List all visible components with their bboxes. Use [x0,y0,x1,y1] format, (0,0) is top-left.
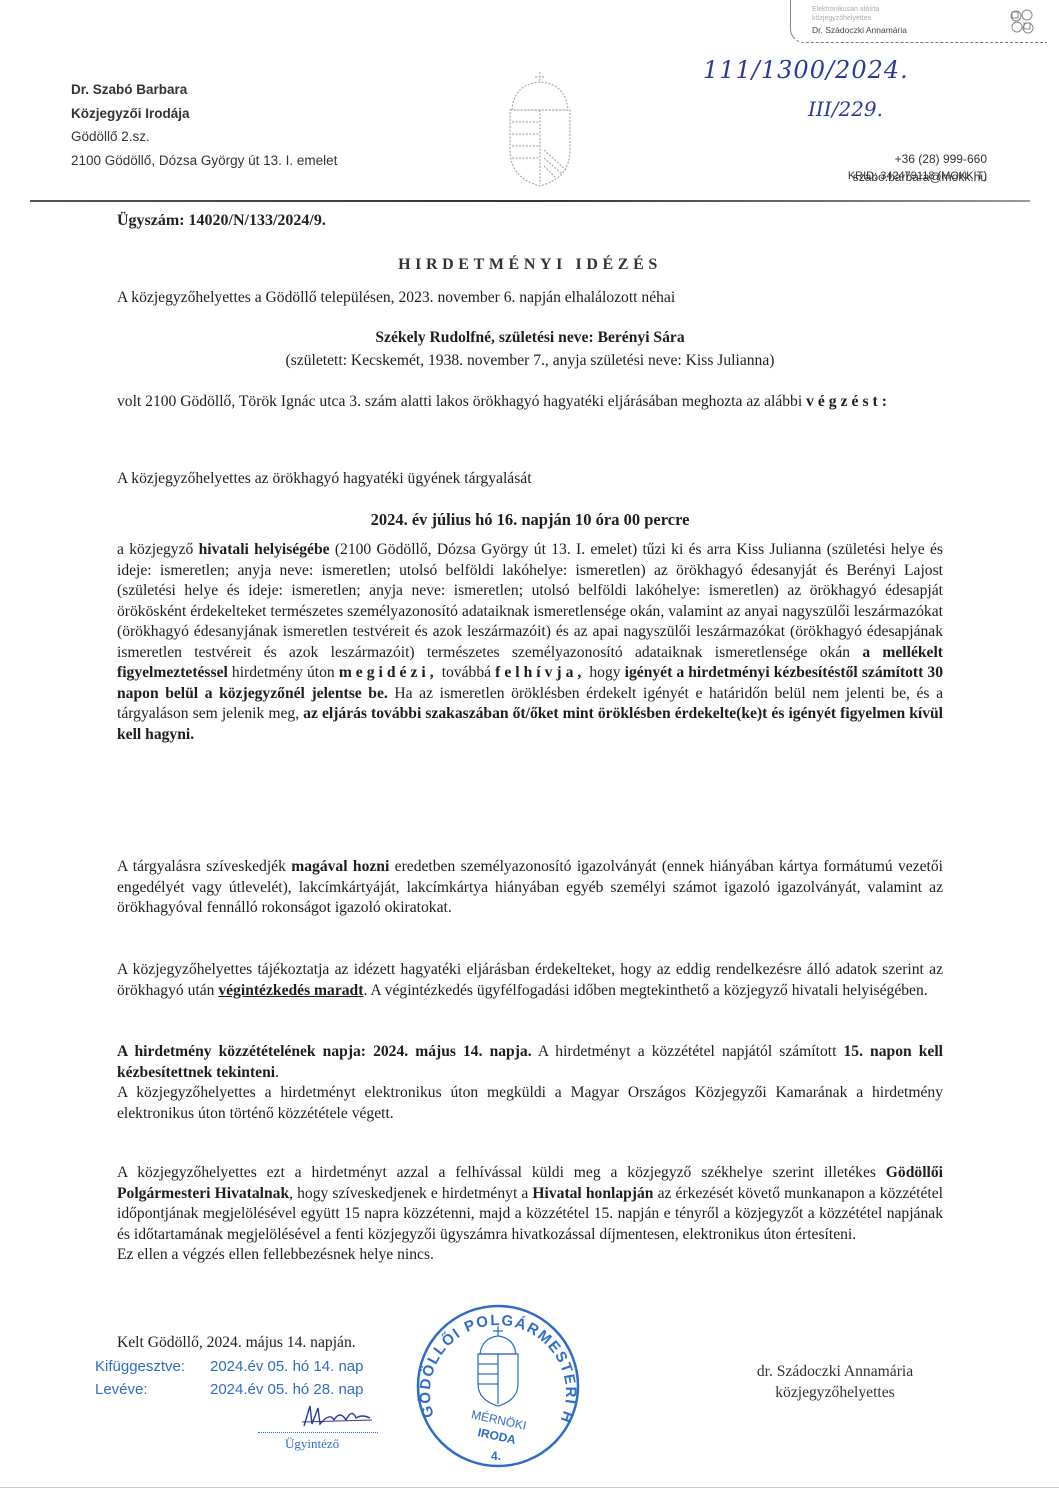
page-bottom-edge [0,1487,1059,1488]
summons-paragraph: a közjegyző hivatali helyiségébe (2100 G… [117,540,943,745]
publication-paragraph: A hirdetmény közzétételének napja: 2024.… [117,1042,943,1124]
svg-text:GÖDÖLLŐI POLGÁRMESTERI HIVATAL: GÖDÖLLŐI POLGÁRMESTERI HIVATAL [412,1296,579,1426]
notary-phone: +36 (28) 999-660 [895,150,987,168]
intro-paragraph: A közjegyzőhelyettes a Gödöllő település… [117,288,943,309]
documents-paragraph: A tárgyalásra szíveskedjék magával hozni… [117,857,943,919]
clerk-label: Ügyintéző [285,1436,339,1452]
clerk-signature-line [258,1432,378,1433]
deceased-block: Székely Rudolfné, születési neve: Berény… [117,328,943,371]
krid-id: KRID: 342479118 (MOKKIT) [848,170,987,182]
posted-date: 2024.év 05. hó 14. nap [210,1358,363,1375]
hearing-datetime: 2024. év július hó 16. napján 10 óra 00 … [117,510,943,531]
residence-paragraph: volt 2100 Gödöllő, Török Ignác utca 3. s… [117,392,943,413]
svg-text:4.: 4. [491,1449,501,1463]
header-divider [30,200,1030,202]
esignature-line-2: közjegyzőhelyettes [812,15,871,22]
notary-name: Dr. Szabó Barbara [71,78,337,102]
removed-date: 2024.év 05. hó 28. nap [210,1381,363,1398]
removed-label: Levéve: [95,1381,148,1398]
esignature-seal-icon [1008,8,1036,36]
esignature-name: Dr. Szádoczki Annamária [812,25,907,35]
handwritten-sub-number: III/229. [808,97,883,121]
will-paragraph: A közjegyzőhelyettes tájékoztatja az idé… [117,960,943,1001]
appeal-notice: Ez ellen a végzés ellen fellebbezésnek h… [117,1245,943,1266]
ruling-label: végzést: [806,393,891,410]
municipal-office-stamp-icon: GÖDÖLLŐI POLGÁRMESTERI HIVATAL MÉRNÖKI I… [412,1296,584,1474]
hearing-intro: A közjegyzőhelyettes az örökhagyó hagyat… [117,469,943,490]
clerk-signature-icon [300,1402,380,1432]
signer-name: dr. Szádoczki Annamária [705,1361,965,1382]
deceased-name: Székely Rudolfné, születési neve: Berény… [117,328,943,349]
signer-block: dr. Szádoczki Annamária közjegyzőhelyett… [705,1361,965,1403]
coat-of-arms-icon [500,70,580,188]
letterhead: Dr. Szabó Barbara Közjegyzői Irodája Göd… [71,78,337,172]
notary-address: 2100 Gödöllő, Dózsa György út 13. I. eme… [71,149,337,173]
will-notice: végintézkedés maradt [218,982,363,999]
notary-office: Közjegyzői Irodája [71,102,337,126]
notary-seat: Gödöllő 2.sz. [71,125,337,149]
forwarding-paragraph: A közjegyzőhelyettes ezt a hirdetményt a… [117,1163,943,1266]
handwritten-registration-number: 111/1300/2024. [703,56,909,84]
deceased-birth: (született: Kecskemét, 1938. november 7.… [117,351,943,372]
intro-text: A közjegyzőhelyettes a Gödöllő település… [117,288,943,309]
case-number: Ügyszám: 14020/N/133/2024/9. [117,212,326,230]
posted-label: Kifüggesztve: [95,1358,185,1375]
esignature-line-1: Elektronikusan aláírta [812,6,879,13]
signer-role: közjegyzőhelyettes [705,1382,965,1403]
document-title: HIRDETMÉNYI IDÉZÉS [117,256,943,274]
